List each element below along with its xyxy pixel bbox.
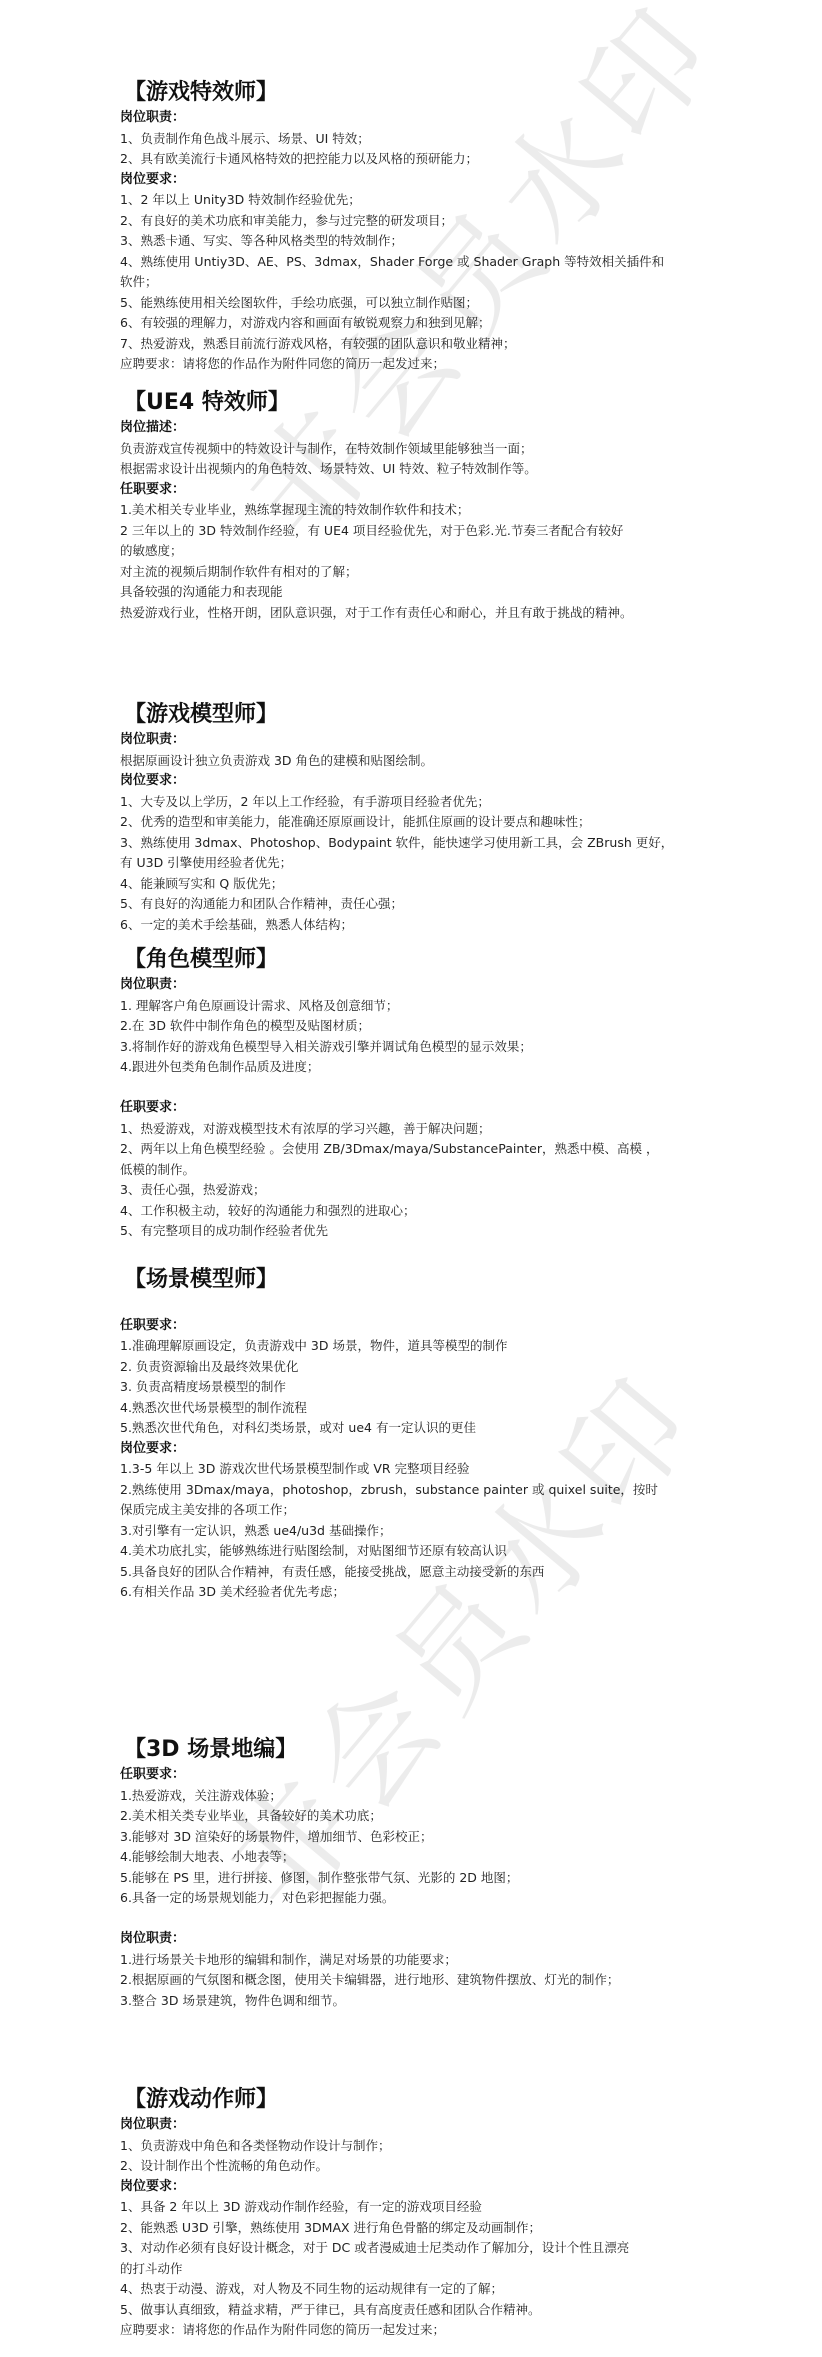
list-item: 5、有完整项目的成功制作经验者优先 [120,1221,780,1242]
list-item: 2、有良好的美术功底和审美能力，参与过完整的研发项目； [120,211,780,232]
list-item: 根据原画设计独立负责游戏 3D 角色的建模和贴图绘制。 [120,751,780,772]
job-section: 【3D 场景地编】任职要求：1.热爱游戏，关注游戏体验；2.美术相关类专业毕业，… [120,1735,780,2011]
block-label: 岗位描述： [120,418,780,439]
list-item: 1、负责制作角色战斗展示、场景、UI 特效； [120,129,780,150]
list-item: 2、具有欧美流行卡通风格特效的把控能力以及风格的预研能力； [120,149,780,170]
list-item: 4.熟悉次世代场景模型的制作流程 [120,1398,780,1419]
block-label: 任职要求： [120,480,780,501]
job-section: 【角色模型师】岗位职责：1. 理解客户角色原画设计需求、风格及创意细节；2.在 … [120,945,780,1242]
list-item: 2 三年以上的 3D 特效制作经验，有 UE4 项目经验优先，对于色彩.光.节奏… [120,521,780,542]
list-item: 保质完成主美安排的各项工作； [120,1500,780,1521]
list-item: 1.3-5 年以上 3D 游戏次世代场景模型制作或 VR 完整项目经验 [120,1459,780,1480]
list-item: 负责游戏宣传视频中的特效设计与制作，在特效制作领域里能够独当一面； [120,439,780,460]
section-title: 【UE4 特效师】 [124,388,780,418]
block-label: 任职要求： [120,1765,780,1786]
job-section: 【UE4 特效师】岗位描述：负责游戏宣传视频中的特效设计与制作，在特效制作领域里… [120,388,780,623]
list-item: 3.能够对 3D 渲染好的场景物件，增加细节、色彩校正； [120,1827,780,1848]
list-item: 6、有较强的理解力，对游戏内容和画面有敏锐观察力和独到见解； [120,313,780,334]
list-item: 5、做事认真细致，精益求精，严于律已，具有高度责任感和团队合作精神。 [120,2300,780,2321]
list-item: 3. 负责高精度场景模型的制作 [120,1377,780,1398]
list-item: 1、2 年以上 Unity3D 特效制作经验优先； [120,190,780,211]
list-item: 热爱游戏行业，性格开朗，团队意识强，对于工作有责任心和耐心，并且有敢于挑战的精神… [120,603,780,624]
list-item: 应聘要求：请将您的作品作为附件同您的简历一起发过来； [120,2320,780,2341]
list-item: 软件； [120,272,780,293]
list-item: 3、熟悉卡通、写实、等各种风格类型的特效制作； [120,231,780,252]
list-item: 5.熟悉次世代角色，对科幻类场景，或对 ue4 有一定认识的更佳 [120,1418,780,1439]
spacer [120,1909,780,1930]
block-label: 岗位职责： [120,975,780,996]
list-item: 7、热爱游戏，熟悉目前流行游戏风格，有较强的团队意识和敬业精神； [120,334,780,355]
list-item: 应聘要求：请将您的作品作为附件同您的简历一起发过来； [120,354,780,375]
list-item: 2.美术相关类专业毕业，具备较好的美术功底； [120,1806,780,1827]
block-label: 岗位职责： [120,108,780,129]
list-item: 2、优秀的造型和审美能力，能准确还原原画设计，能抓住原画的设计要点和趣味性； [120,812,780,833]
list-item: 低模的制作。 [120,1160,780,1181]
list-item: 2、能熟悉 U3D 引擎，熟练使用 3DMAX 进行角色骨骼的绑定及动画制作； [120,2218,780,2239]
block-label: 任职要求： [120,1098,780,1119]
spacer [120,1078,780,1099]
list-item: 1. 理解客户角色原画设计需求、风格及创意细节； [120,996,780,1017]
list-item: 3、对动作必须有良好设计概念，对于 DC 或者漫威迪士尼类动作了解加分，设计个性… [120,2238,780,2259]
list-item: 2.熟练使用 3Dmax/maya，photoshop，zbrush，subst… [120,1480,780,1501]
spacer [120,1295,780,1316]
list-item: 4、能兼顾写实和 Q 版优先； [120,874,780,895]
block-label: 岗位要求： [120,170,780,191]
block-label: 岗位要求： [120,1439,780,1460]
list-item: 3.将制作好的游戏角色模型导入相关游戏引擎并调试角色模型的显示效果； [120,1037,780,1058]
list-item: 2.在 3D 软件中制作角色的模型及贴图材质； [120,1016,780,1037]
job-section: 【游戏特效师】岗位职责：1、负责制作角色战斗展示、场景、UI 特效；2、具有欧美… [120,78,780,375]
list-item: 1.美术相关专业毕业，熟练掌握现主流的特效制作软件和技术； [120,500,780,521]
list-item: 4、热衷于动漫、游戏，对人物及不同生物的运动规律有一定的了解； [120,2279,780,2300]
list-item: 1、热爱游戏，对游戏模型技术有浓厚的学习兴趣，善于解决问题； [120,1119,780,1140]
list-item: 有 U3D 引擎使用经验者优先； [120,853,780,874]
list-item: 1.准确理解原画设定，负责游戏中 3D 场景，物件，道具等模型的制作 [120,1336,780,1357]
list-item: 4.美术功底扎实，能够熟练进行贴图绘制，对贴图细节还原有较高认识 [120,1541,780,1562]
block-label: 岗位要求： [120,771,780,792]
list-item: 3、责任心强，热爱游戏； [120,1180,780,1201]
list-item: 4、工作积极主动，较好的沟通能力和强烈的进取心； [120,1201,780,1222]
block-label: 岗位职责： [120,730,780,751]
section-title: 【游戏动作师】 [124,2085,780,2115]
job-section: 【游戏模型师】岗位职责：根据原画设计独立负责游戏 3D 角色的建模和贴图绘制。岗… [120,700,780,935]
list-item: 2. 负责资源输出及最终效果优化 [120,1357,780,1378]
section-title: 【3D 场景地编】 [124,1735,780,1765]
list-item: 的敏感度； [120,541,780,562]
list-item: 5、能熟练使用相关绘图软件，手绘功底强，可以独立制作贴图； [120,293,780,314]
list-item: 5.具备良好的团队合作精神，有责任感，能接受挑战，愿意主动接受新的东西 [120,1562,780,1583]
list-item: 对主流的视频后期制作软件有相对的了解； [120,562,780,583]
job-section: 【场景模型师】任职要求：1.准确理解原画设定，负责游戏中 3D 场景，物件，道具… [120,1265,780,1603]
list-item: 1、具备 2 年以上 3D 游戏动作制作经验，有一定的游戏项目经验 [120,2197,780,2218]
list-item: 5.能够在 PS 里，进行拼接、修图，制作整张带气氛、光影的 2D 地图； [120,1868,780,1889]
list-item: 4.能够绘制大地表、小地表等； [120,1847,780,1868]
list-item: 1.进行场景关卡地形的编辑和制作，满足对场景的功能要求； [120,1950,780,1971]
list-item: 2、两年以上角色模型经验 。会使用 ZB/3Dmax/maya/Substanc… [120,1139,780,1160]
block-label: 任职要求： [120,1316,780,1337]
list-item: 1.热爱游戏，关注游戏体验； [120,1786,780,1807]
section-title: 【角色模型师】 [124,945,780,975]
list-item: 1、大专及以上学历，2 年以上工作经验，有手游项目经验者优先； [120,792,780,813]
list-item: 3.整合 3D 场景建筑，物件色调和细节。 [120,1991,780,2012]
list-item: 2.根据原画的气氛图和概念图，使用关卡编辑器，进行地形、建筑物件摆放、灯光的制作… [120,1970,780,1991]
section-title: 【场景模型师】 [124,1265,780,1295]
list-item: 3.对引擎有一定认识，熟悉 ue4/u3d 基础操作； [120,1521,780,1542]
job-section: 【游戏动作师】岗位职责：1、负责游戏中角色和各类怪物动作设计与制作；2、设计制作… [120,2085,780,2341]
list-item: 1、负责游戏中角色和各类怪物动作设计与制作； [120,2136,780,2157]
list-item: 6、一定的美术手绘基础，熟悉人体结构； [120,915,780,936]
list-item: 根据需求设计出视频内的角色特效、场景特效、UI 特效、粒子特效制作等。 [120,459,780,480]
list-item: 6.具备一定的场景规划能力，对色彩把握能力强。 [120,1888,780,1909]
block-label: 岗位职责： [120,1929,780,1950]
list-item: 4.跟进外包类角色制作品质及进度； [120,1057,780,1078]
section-title: 【游戏特效师】 [124,78,780,108]
list-item: 具备较强的沟通能力和表现能 [120,582,780,603]
list-item: 5、有良好的沟通能力和团队合作精神，责任心强； [120,894,780,915]
list-item: 4、熟练使用 Untiy3D、AE、PS、3dmax，Shader Forge … [120,252,780,273]
list-item: 6.有相关作品 3D 美术经验者优先考虑； [120,1582,780,1603]
list-item: 的打斗动作 [120,2259,780,2280]
section-title: 【游戏模型师】 [124,700,780,730]
list-item: 2、设计制作出个性流畅的角色动作。 [120,2156,780,2177]
block-label: 岗位要求： [120,2177,780,2198]
block-label: 岗位职责： [120,2115,780,2136]
list-item: 3、熟练使用 3dmax、Photoshop、Bodypaint 软件，能快速学… [120,833,780,854]
